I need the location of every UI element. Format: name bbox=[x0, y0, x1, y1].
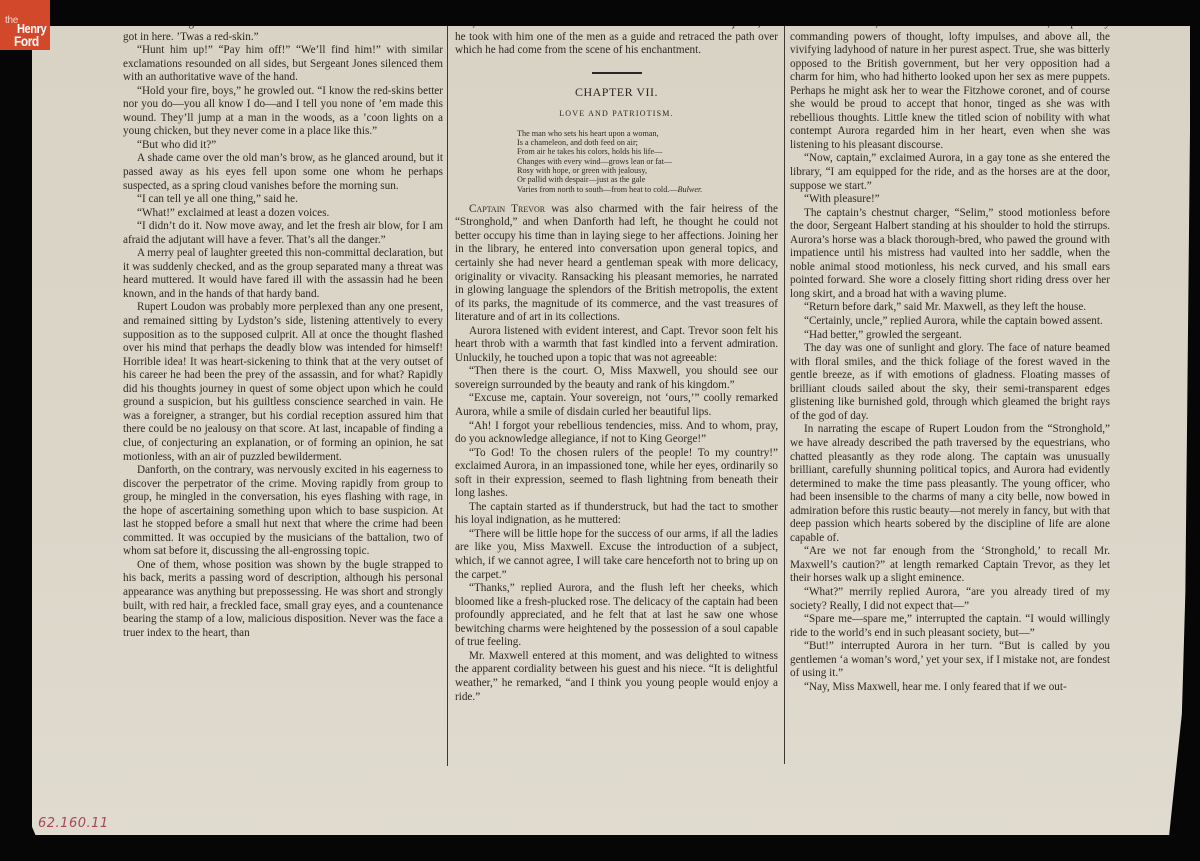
paragraph: “Hunt him up!” “Pay him off!” “We’ll fin… bbox=[123, 44, 443, 85]
paragraph: “Certainly, uncle,” replied Aurora, whil… bbox=[790, 315, 1110, 329]
paragraph: “Then there is the court. O, Miss Maxwel… bbox=[455, 365, 778, 392]
paragraph-continued: reared in the wilds, her education was o… bbox=[790, 17, 1110, 152]
paragraph: “Are we not far enough from the ‘Strongh… bbox=[790, 545, 1110, 586]
paragraph: A shade came over the old man’s brow, as… bbox=[123, 152, 443, 193]
column-rule bbox=[784, 26, 785, 764]
scan-background-top bbox=[0, 0, 1200, 26]
epigraph: The man who sets his heart upon a woman,… bbox=[517, 129, 778, 194]
epigraph-author: Bulwer. bbox=[678, 185, 703, 194]
paragraph: “But who did it?” bbox=[123, 139, 443, 153]
paragraph: “Excuse me, captain. Your sovereign, not… bbox=[455, 392, 778, 419]
epigraph-line: The man who sets his heart upon a woman, bbox=[517, 129, 778, 138]
chapter-title: CHAPTER VII. bbox=[455, 86, 778, 100]
paragraph-text: was also charmed with the fair heiress o… bbox=[455, 203, 778, 323]
epigraph-line: Is a chameleon, and doth feed on air; bbox=[517, 138, 778, 147]
paragraph: “Nay, Miss Maxwell, hear me. I only fear… bbox=[790, 681, 1110, 695]
epigraph-line-last: Varies from north to south—from heat to … bbox=[517, 185, 778, 194]
text-column-2: tion, he mounted his horse. Exercise was… bbox=[455, 17, 778, 704]
henry-ford-logo[interactable]: the Henry Ford bbox=[0, 0, 50, 50]
column-rule bbox=[447, 26, 448, 766]
paragraph: “Hold your fire, boys,” he growled out. … bbox=[123, 85, 443, 139]
opening-small-caps: Captain Trevor bbox=[469, 203, 545, 215]
paragraph: The captain started as if thunderstruck,… bbox=[455, 501, 778, 528]
text-column-1: “Sure enough!” said another. “I know’d n… bbox=[123, 17, 443, 640]
paragraph: “Thanks,” replied Aurora, and the flush … bbox=[455, 582, 778, 650]
paragraph: “Ah! I forgot your rebellious tendencies… bbox=[455, 420, 778, 447]
paragraph: “But!” interrupted Aurora in her turn. “… bbox=[790, 640, 1110, 681]
paragraph: Aurora listened with evident interest, a… bbox=[455, 325, 778, 366]
paragraph: The captain’s chestnut charger, “Selim,”… bbox=[790, 207, 1110, 302]
paragraph: Rupert Loudon was probably more perplexe… bbox=[123, 301, 443, 464]
epigraph-line: Or pallid with despair—just as the gale bbox=[517, 175, 778, 184]
paragraph: One of them, whose position was shown by… bbox=[123, 559, 443, 640]
text-column-3: reared in the wilds, her education was o… bbox=[790, 17, 1110, 694]
epigraph-line: Changes with every wind—grows lean or fa… bbox=[517, 157, 778, 166]
scan-background-bottom bbox=[0, 835, 1200, 861]
paragraph: “I can tell ye all one thing,” said he. bbox=[123, 193, 443, 207]
paragraph: “Return before dark,” said Mr. Maxwell, … bbox=[790, 301, 1110, 315]
paragraph: “I didn’t do it. Now move away, and let … bbox=[123, 220, 443, 247]
paragraph: Captain Trevor was also charmed with the… bbox=[455, 203, 778, 325]
epigraph-line: Rosy with hope, or green with jealousy, bbox=[517, 166, 778, 175]
paragraph: “Spare me—spare me,” interrupted the cap… bbox=[790, 613, 1110, 640]
paragraph: A merry peal of laughter greeted this no… bbox=[123, 247, 443, 301]
paragraph: “There will be little hope for the succe… bbox=[455, 528, 778, 582]
paragraph: Mr. Maxwell entered at this moment, and … bbox=[455, 650, 778, 704]
epigraph-line: From air he takes his colors, holds his … bbox=[517, 147, 778, 156]
paragraph: “Now, captain,” exclaimed Aurora, in a g… bbox=[790, 152, 1110, 193]
paragraph: “What!” exclaimed at least a dozen voice… bbox=[123, 207, 443, 221]
paragraph: “Had better,” growled the sergeant. bbox=[790, 329, 1110, 343]
paragraph: In narrating the escape of Rupert Loudon… bbox=[790, 423, 1110, 545]
paragraph: Danforth, on the contrary, was nervously… bbox=[123, 464, 443, 559]
chapter-subtitle: LOVE AND PATRIOTISM. bbox=[455, 107, 778, 121]
chapter-separator-rule bbox=[592, 72, 642, 74]
paragraph: “With pleasure!” bbox=[790, 193, 1110, 207]
handwritten-accession-number: 62.160.11 bbox=[38, 816, 109, 831]
paragraph: “To God! To the chosen rulers of the peo… bbox=[455, 447, 778, 501]
logo-text-ford: Ford bbox=[14, 33, 39, 49]
paragraph: “What?” merrily replied Aurora, “are you… bbox=[790, 586, 1110, 613]
paragraph: The day was one of sunlight and glory. T… bbox=[790, 342, 1110, 423]
epigraph-line: Varies from north to south—from heat to … bbox=[517, 185, 678, 194]
